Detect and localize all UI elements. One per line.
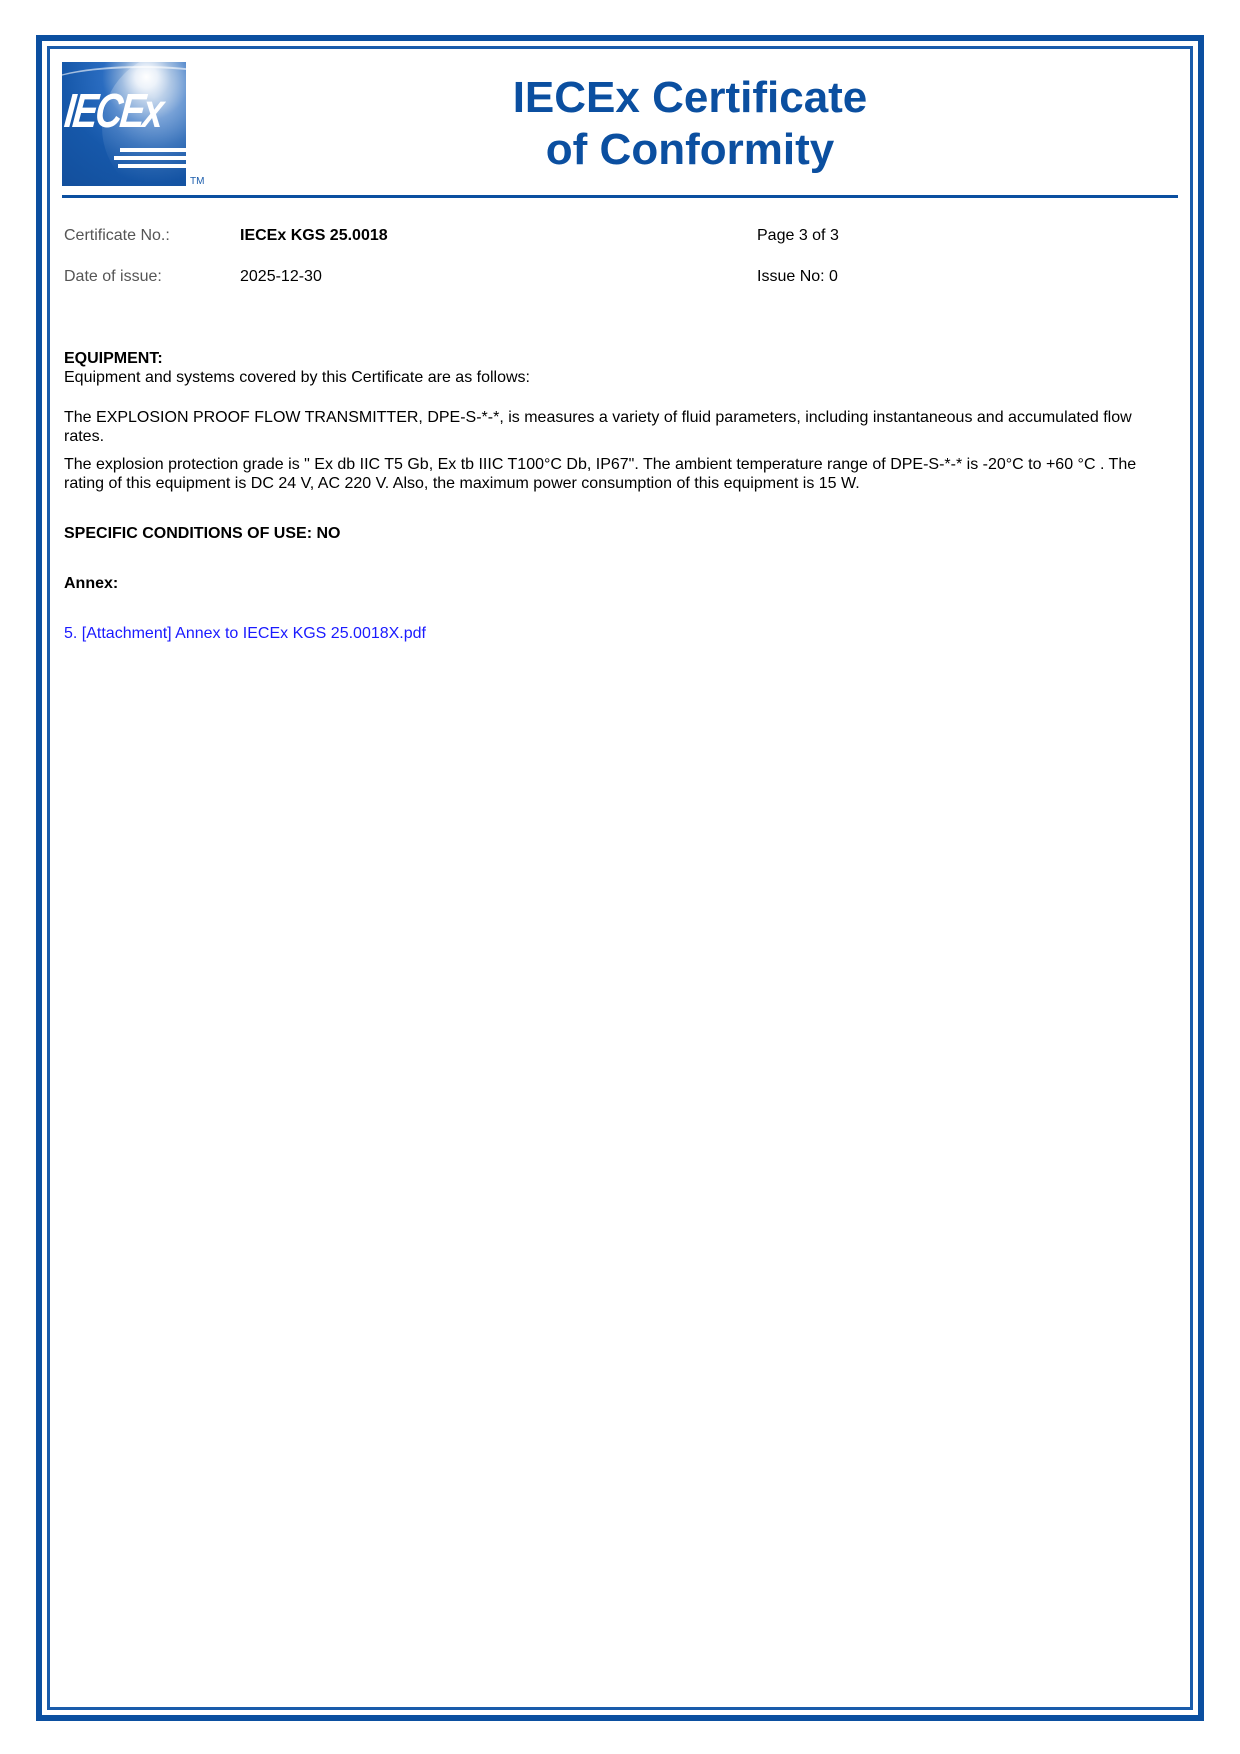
protection-grade-description: The explosion protection grade is " Ex d…	[64, 455, 1144, 493]
certificate-body: EQUIPMENT: Equipment and systems covered…	[64, 349, 1144, 643]
logo-stripe	[120, 148, 186, 152]
specific-conditions: SPECIFIC CONDITIONS OF USE: NO	[64, 524, 1144, 543]
date-of-issue-label: Date of issue:	[64, 267, 162, 287]
certificate-no-value: IECEx KGS 25.0018	[240, 226, 388, 246]
page-inner-border	[47, 46, 1193, 1710]
annex-attachment-link[interactable]: 5. [Attachment] Annex to IECEx KGS 25.00…	[64, 625, 426, 642]
logo-stripe	[118, 164, 186, 168]
title-line-2: of Conformity	[430, 124, 950, 176]
header-divider	[62, 195, 1178, 198]
equipment-description: The EXPLOSION PROOF FLOW TRANSMITTER, DP…	[64, 408, 1144, 446]
logo-wordmark: IECEx	[62, 84, 165, 139]
page-number: Page 3 of 3	[757, 226, 839, 246]
page-title: IECEx Certificate of Conformity	[430, 72, 950, 176]
iecex-logo-icon: IECEx	[62, 62, 186, 186]
trademark-mark: TM	[190, 176, 204, 187]
issue-number: Issue No: 0	[757, 267, 838, 287]
annex-heading: Annex:	[64, 574, 1144, 593]
date-of-issue-value: 2025-12-30	[240, 267, 322, 287]
equipment-heading: EQUIPMENT:	[64, 349, 1144, 368]
title-line-1: IECEx Certificate	[430, 72, 950, 124]
logo-stripe	[114, 156, 186, 160]
equipment-intro: Equipment and systems covered by this Ce…	[64, 368, 1144, 387]
certificate-no-label: Certificate No.:	[64, 226, 170, 246]
